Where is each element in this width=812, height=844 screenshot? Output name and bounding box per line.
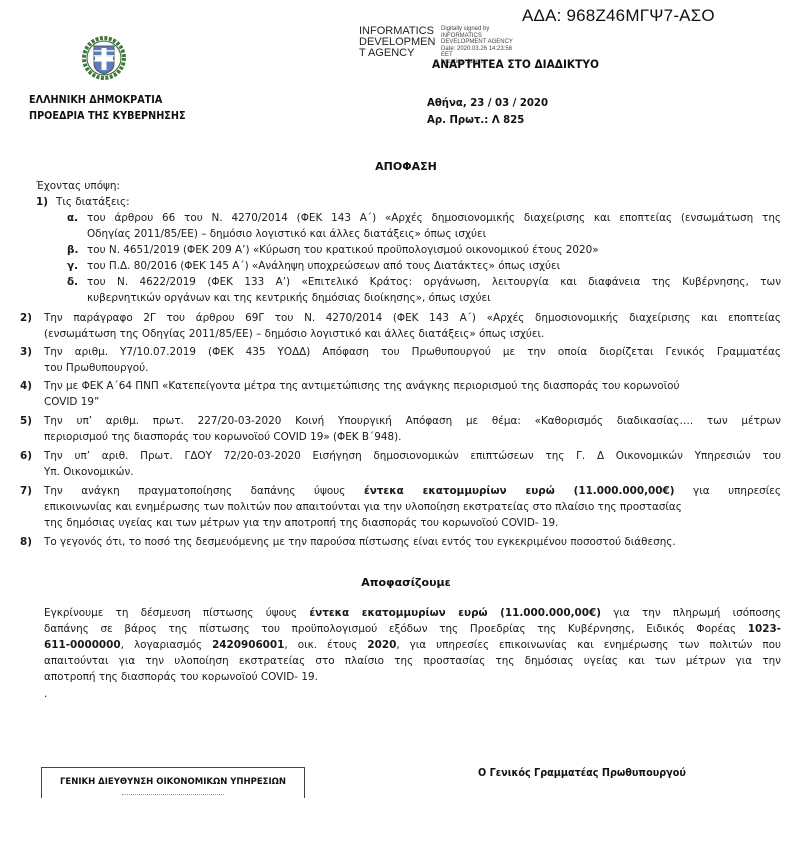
item-number: 1) <box>36 196 48 208</box>
item-text: επικοινωνίας και ενημέρωσης των πολιτών … <box>44 501 682 513</box>
item-text: της δημόσιας υγείας και των μέτρων για τ… <box>44 517 558 529</box>
organization-line: ΠΡΟΕΔΡΙΑ ΤΗΣ ΚΥΒΕΡΝΗΣΗΣ <box>29 108 186 124</box>
decision-line: αποτροπή της διασποράς του κορωνοϊού COV… <box>44 671 318 683</box>
digital-signature-name: INFORMATICS DEVELOPMEN T AGENCY <box>359 26 441 59</box>
item-text-segment: Την ανάγκη πραγματοποίησης δαπάνης ύψους <box>44 485 364 497</box>
item-text: Την υπ’ αριθμ. πρωτ. 227/20-03-2020 Κοιν… <box>44 415 781 427</box>
finance-directorate-title: ΓΕΝΙΚΗ ΔΙΕΥΘΥΝΣΗ ΟΙΚΟΝΟΜΙΚΩΝ ΥΠΗΡΕΣΙΩΝ <box>42 777 304 787</box>
item-text: Το γεγονός ότι, το ποσό της δεσμευόμενης… <box>44 536 676 548</box>
intro-text: Έχοντας υπόψη: <box>36 180 120 192</box>
amount-text: έντεκα εκατομμυρίων ευρώ (11.000.000,00€… <box>309 607 601 619</box>
subitem-text: του Ν. 4651/2019 (ΦΕΚ 209 Α’) «Κύρωση το… <box>87 244 599 256</box>
item-text: (ενσωμάτωση της Οδηγίας 2011/85/ΕΕ) – δη… <box>44 328 544 340</box>
item-text: Την με ΦΕΚ Α΄64 ΠΝΠ «Κατεπείγοντα μέτρα … <box>44 380 679 392</box>
item-text-segment: για υπηρεσίες <box>674 485 781 497</box>
protocol-number: Αρ. Πρωτ.: Λ 825 <box>427 111 548 128</box>
finance-directorate-subtitle <box>122 794 224 797</box>
subitem-text: κυβερνητικών οργάνων και της κεντρικής δ… <box>87 292 491 304</box>
item-text: Την υπ’ αριθ. Πρωτ. ΓΔΟΥ 72/20-03-2020 Ε… <box>44 450 781 462</box>
signature-detail-line: DEVELOPMENT AGENCY <box>441 39 561 46</box>
place-and-protocol: Αθήνα, 23 / 03 / 2020 Αρ. Πρωτ.: Λ 825 <box>427 94 548 128</box>
item-text: Την αριθμ. Υ7/10.07.2019 (ΦΕΚ 435 ΥΟΔΔ) … <box>44 346 781 358</box>
account-number: 2420906001 <box>212 639 284 651</box>
subitem-letter: δ. <box>67 276 78 288</box>
item-number: 2) <box>20 312 32 324</box>
item-text: COVID 19” <box>44 396 99 408</box>
amount-text: έντεκα εκατομμυρίων ευρώ (11.000.000,00€… <box>364 485 675 497</box>
item-number: 8) <box>20 536 32 548</box>
finance-directorate-box: ΓΕΝΙΚΗ ΔΙΕΥΘΥΝΣΗ ΟΙΚΟΝΟΜΙΚΩΝ ΥΠΗΡΕΣΙΩΝ <box>41 767 305 798</box>
item-number: 3) <box>20 346 32 358</box>
signature-detail-line: Digitally signed by <box>441 26 561 33</box>
subitem-text: του άρθρου 66 του Ν. 4270/2014 (ΦΕΚ 143 … <box>87 212 781 224</box>
fiscal-year: 2020 <box>367 639 396 651</box>
item-text: Υπ. Οικονομικών. <box>44 466 134 478</box>
decision-line: Εγκρίνουμε τη δέσμευση πίστωσης ύψους έν… <box>44 607 781 619</box>
signature-detail-line: INFORMATICS <box>441 33 561 40</box>
decision-text: , λογαριασμός <box>121 639 212 651</box>
greek-coat-of-arms-icon <box>80 34 128 82</box>
publication-note: ΑΝΑΡΤΗΤΕΑ ΣΤΟ ΔΙΑΔΙΚΤΥΟ <box>432 57 599 71</box>
issuing-organization: ΕΛΛΗΝΙΚΗ ΔΗΜΟΚΡΑΤΙΑ ΠΡΟΕΔΡΙΑ ΤΗΣ ΚΥΒΕΡΝΗ… <box>29 92 186 124</box>
subitem-letter: γ. <box>67 260 78 272</box>
item-text: Τις διατάξεις: <box>56 196 130 208</box>
signature-detail-line: Date: 2020.03.26 14:23:56 <box>441 46 561 53</box>
item-number: 5) <box>20 415 32 427</box>
item-text: του Πρωθυπουργού. <box>44 362 148 374</box>
item-text: Την ανάγκη πραγματοποίησης δαπάνης ύψους… <box>44 485 781 497</box>
decision-heading: Αποφασίζουμε <box>0 576 812 589</box>
ada-code: ΑΔΑ: 968Ζ46ΜΓΨ7-ΑΣΟ <box>522 6 715 26</box>
item-number: 4) <box>20 380 32 392</box>
item-text: Την παράγραφο 2Γ του άρθρου 69Γ του Ν. 4… <box>44 312 781 324</box>
signature-name-line: T AGENCY <box>359 48 441 59</box>
place-date: Αθήνα, 23 / 03 / 2020 <box>427 94 548 111</box>
agency-code: 1023- <box>748 623 781 635</box>
decision-text: για την πληρωμή ισόποσης <box>601 607 781 619</box>
decision-trailing: . <box>44 688 47 700</box>
organization-line: ΕΛΛΗΝΙΚΗ ΔΗΜΟΚΡΑΤΙΑ <box>29 92 186 108</box>
decision-line: απαιτούνται για την υλοποίηση εκστρατεία… <box>44 655 781 667</box>
item-number: 7) <box>20 485 32 497</box>
subitem-letter: β. <box>67 244 78 256</box>
subitem-text: του Π.Δ. 80/2016 (ΦΕΚ 145 Α΄) «Ανάληψη υ… <box>87 260 560 272</box>
decision-line: 611-0000000, λογαριασμός 2420906001, οικ… <box>44 639 781 651</box>
decision-line: δαπάνης σε βάρος της πίστωσης του προϋπο… <box>44 623 781 635</box>
subitem-letter: α. <box>67 212 78 224</box>
decision-text: Εγκρίνουμε τη δέσμευση πίστωσης ύψους <box>44 607 309 619</box>
item-number: 6) <box>20 450 32 462</box>
document-title: ΑΠΟΦΑΣΗ <box>0 160 812 173</box>
agency-code: 611-0000000 <box>44 639 121 651</box>
subitem-text: Οδηγίας 2011/85/ΕΕ) – δημόσιο λογιστικό … <box>87 228 486 240</box>
decision-text: , για υπηρεσίες επικοινωνίας και ενημέρω… <box>396 639 781 651</box>
item-text: περιορισμού της διασποράς του κορωνοϊού … <box>44 431 401 443</box>
signer-title: Ο Γενικός Γραμματέας Πρωθυπουργού <box>478 767 686 779</box>
subitem-text: του Ν. 4622/2019 (ΦΕΚ 133 Α’) «Επιτελικό… <box>87 276 781 288</box>
decision-text: , οικ. έτους <box>284 639 367 651</box>
decision-text: δαπάνης σε βάρος της πίστωσης του προϋπο… <box>44 623 748 635</box>
